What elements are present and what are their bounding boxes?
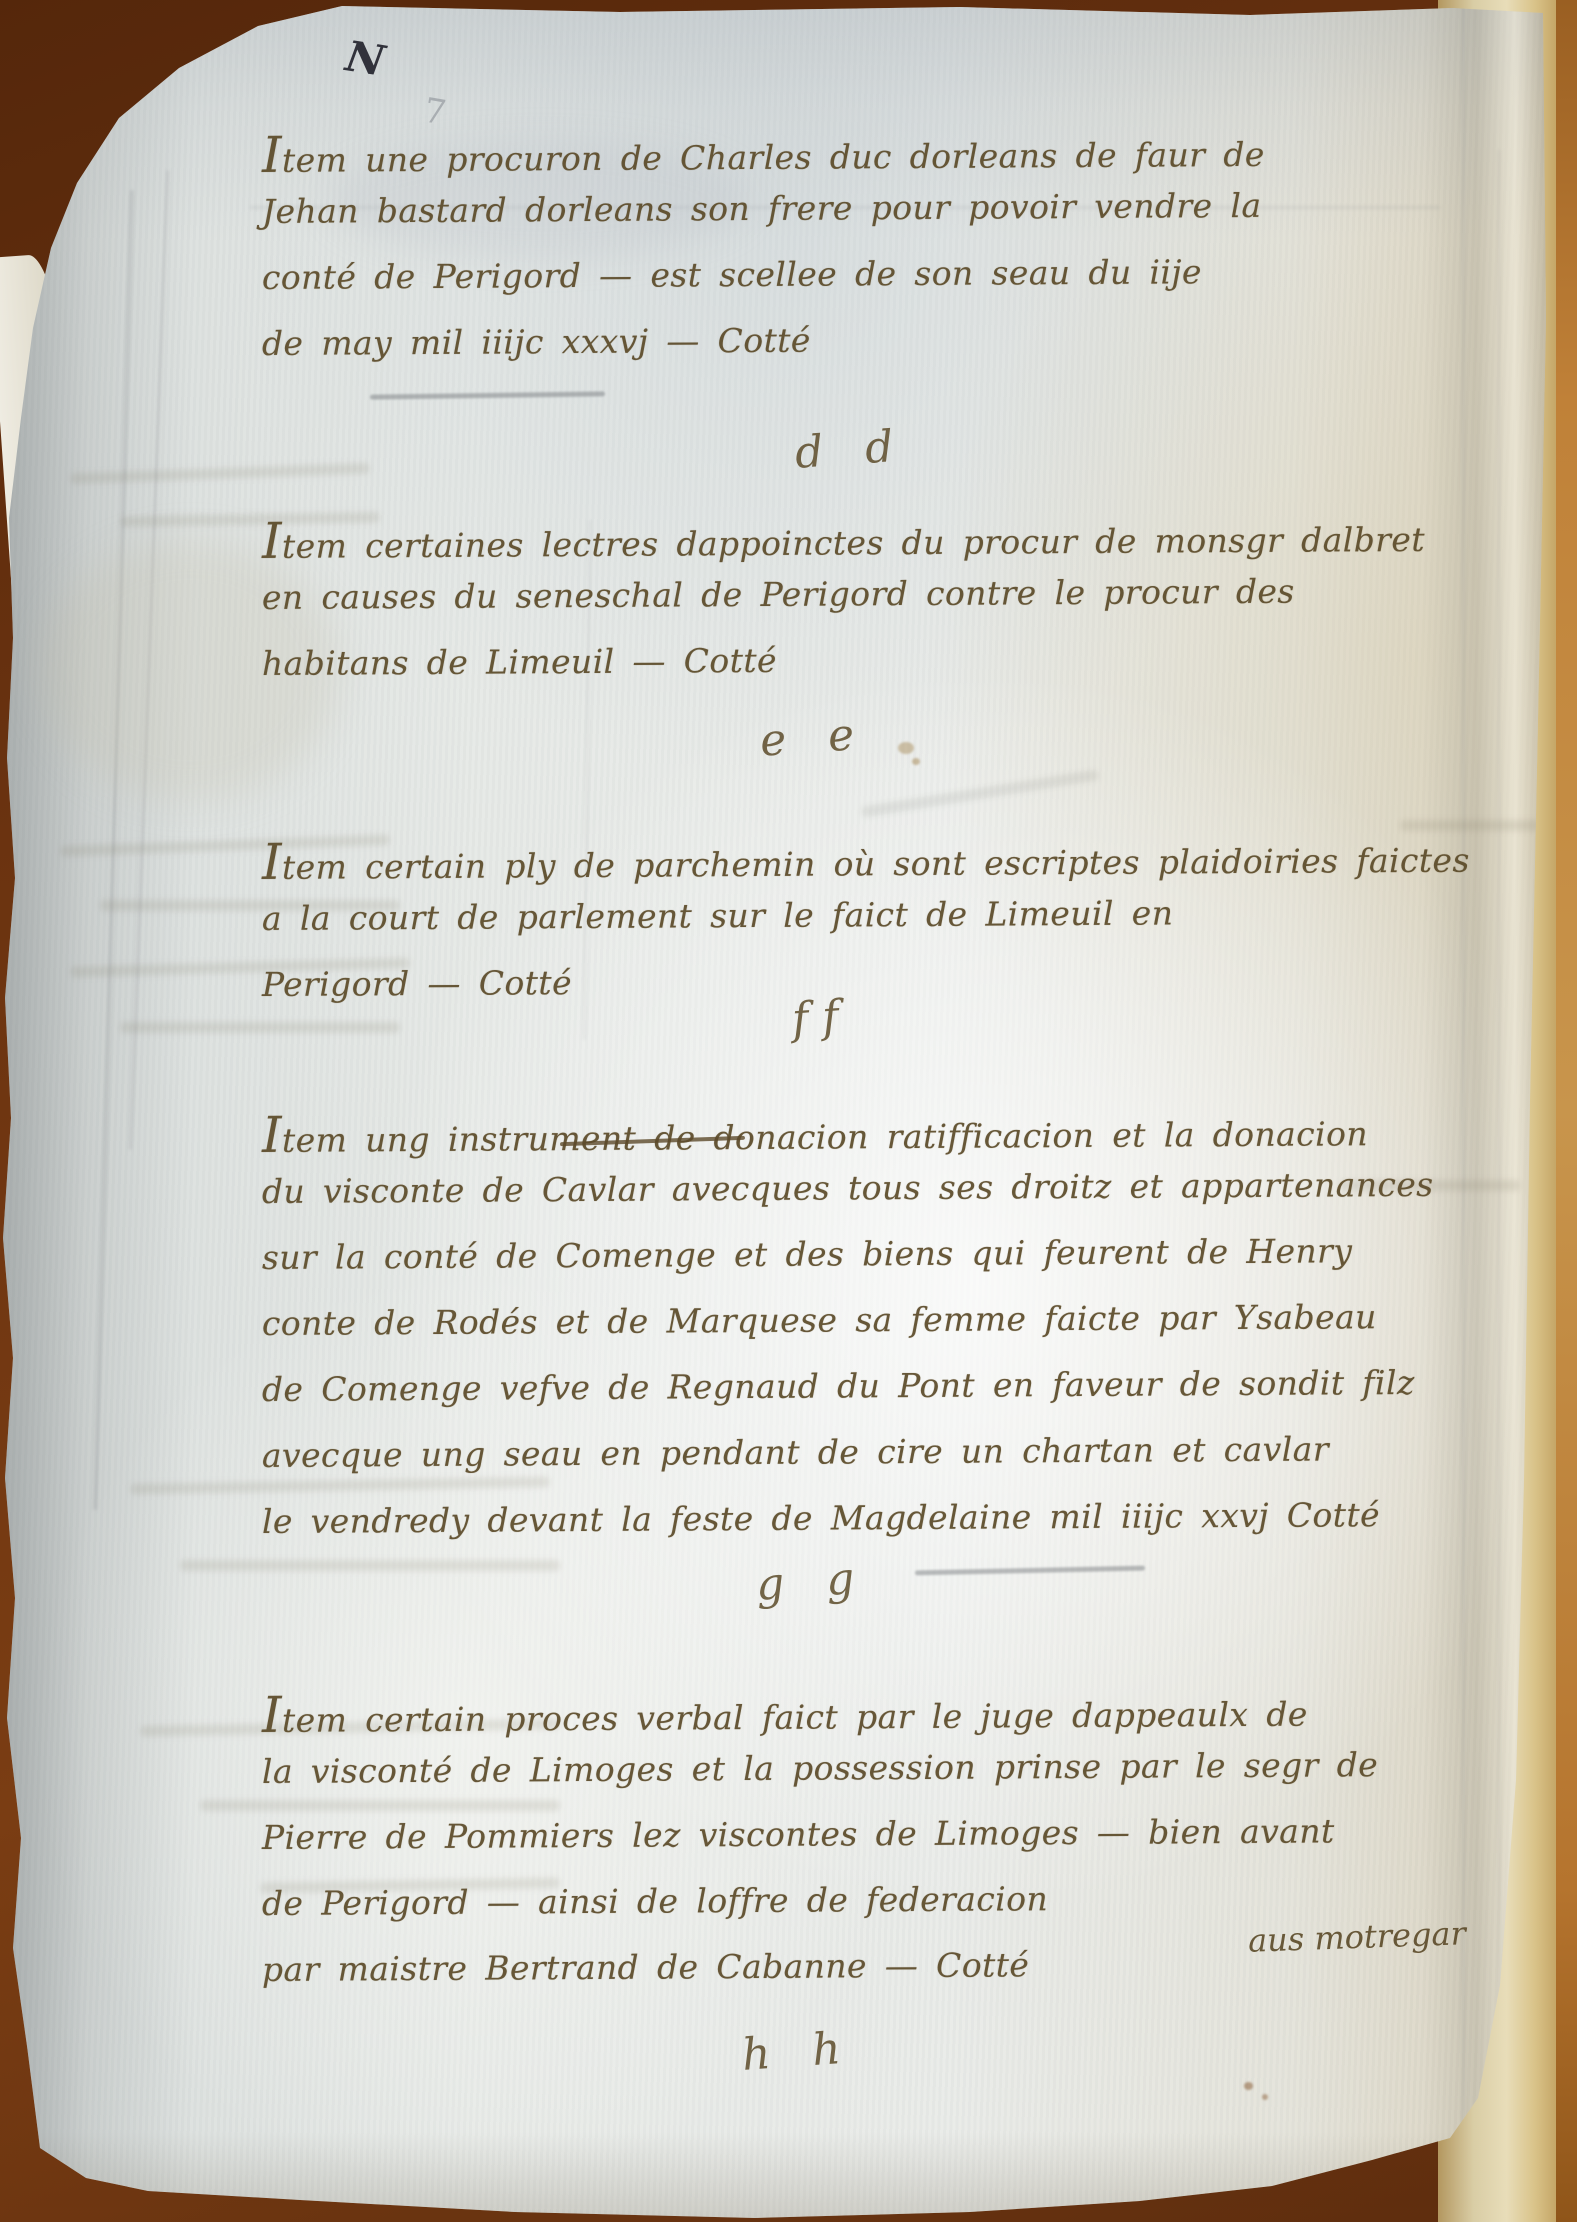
manuscript-line: Item certaines lectres dappoinctes du pr… — [262, 505, 1425, 578]
manuscript-line: Item une procuron de Charles duc dorlean… — [262, 120, 1265, 192]
folio-corner-mark: N — [342, 31, 388, 85]
manuscript-line: de Comenge vefve de Regnaud du Pont en f… — [262, 1363, 1434, 1436]
manuscript-line: par maistre Bertrand de Cabanne — Cotté — [262, 1943, 1379, 2016]
inventory-entry-3: Item certain ply de parchemin où sont es… — [262, 833, 1470, 1031]
inventory-entry-5: Item certain proces verbal faict par le … — [262, 1686, 1378, 2016]
manuscript-line: en causes du seneschal de Perigord contr… — [262, 571, 1425, 644]
cote-mark: h h — [740, 2022, 856, 2081]
manuscript-line: de Perigord — ainsi de loffre de federac… — [262, 1877, 1379, 1950]
manuscript-line: conte de Rodés et de Marquese sa femme f… — [262, 1297, 1434, 1370]
pencil-underline — [370, 391, 605, 399]
manuscript-line: Item certain ply de parchemin où sont es… — [262, 826, 1470, 899]
manuscript-line: sur la conté de Comenge et des biens qui… — [262, 1231, 1434, 1304]
manuscript-photograph: N 7 Item une procuron de Charles duc dor… — [0, 0, 1577, 2222]
cote-mark: e e — [758, 708, 869, 766]
cote-mark: g g — [754, 1552, 870, 1611]
inventory-entry-4: Item ung instrument de donacion ratiffic… — [262, 1106, 1434, 1568]
manuscript-line: a la court de parlement sur le faict de … — [262, 892, 1470, 965]
manuscript-line: du visconte de Cavlar avecques tous ses … — [262, 1165, 1434, 1238]
inventory-entry-1: Item une procuron de Charles duc dorlean… — [262, 126, 1265, 390]
paper-sheet: N 7 Item une procuron de Charles duc dor… — [0, 0, 1577, 2222]
manuscript-line: la visconté de Limoges et la possession … — [262, 1745, 1379, 1818]
manuscript-line: Pierre de Pommiers lez viscontes de Limo… — [262, 1811, 1379, 1884]
manuscript-line: habitans de Limeuil — Cotté — [262, 637, 1425, 710]
manuscript-line: avecque ung seau en pendant de cire un c… — [262, 1429, 1434, 1502]
manuscript-line: de may mil iiijc xxxvj — Cotté — [262, 318, 1265, 390]
marginal-fragment: aus motregar — [1247, 1914, 1466, 1960]
manuscript-line: conté de Perigord — est scellee de son s… — [262, 252, 1265, 324]
manuscript-line: Jehan bastard dorleans son frere pour po… — [262, 186, 1265, 258]
manuscript-line: Perigord — Cotté — [262, 958, 1470, 1031]
book-binding-edge — [1556, 0, 1577, 2222]
ink-layer: N 7 Item une procuron de Charles duc dor… — [0, 0, 1577, 2222]
manuscript-line: Item certain proces verbal faict par le … — [262, 1679, 1379, 1752]
manuscript-line: Item ung instrument de donacion ratiffic… — [262, 1099, 1434, 1172]
cote-mark: ff — [790, 990, 854, 1045]
cote-mark: d d — [793, 420, 909, 479]
inventory-entry-2: Item certaines lectres dappoinctes du pr… — [262, 512, 1425, 710]
